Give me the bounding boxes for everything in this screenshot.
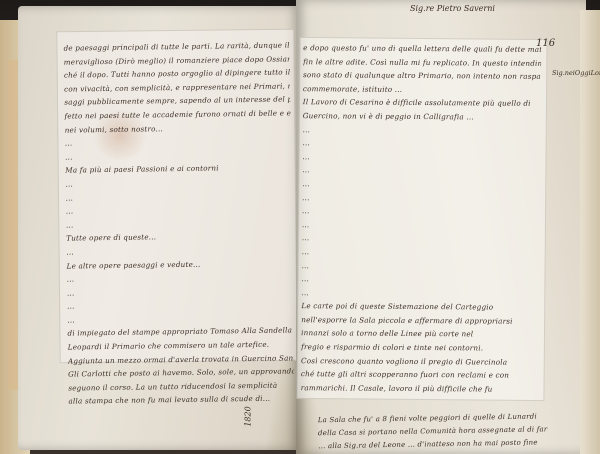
open-manuscript: Sig.re Pietro Saverni 116 de paesaggi pr… bbox=[0, 0, 600, 454]
right-page-text: e dopo questo fu' uno di quella lettera … bbox=[301, 41, 541, 396]
manuscript-line: Sig. bbox=[552, 69, 565, 77]
bottom-fragment-text: La Sala che fu' a 8 fieni volte peggiori… bbox=[318, 410, 579, 454]
header-note: Sig.re Pietro Saverni bbox=[410, 4, 495, 13]
manuscript-line: e dopo questo fu' uno di quella lettera … bbox=[303, 41, 541, 56]
manuscript-line: Guercino, non vi è di peggio in Calligra… bbox=[303, 109, 541, 124]
manuscript-line: Loro bbox=[591, 69, 600, 77]
left-page-text: de paesaggi principali di tutte le parti… bbox=[63, 38, 294, 408]
margin-number: 1820 bbox=[244, 406, 253, 426]
right-margin-notes: Sig.neiOggiLoro... bbox=[552, 68, 582, 79]
manuscript-line: nei bbox=[565, 69, 575, 77]
manuscript-line: ché tutte gli altri scopperanno fuori co… bbox=[301, 367, 539, 382]
manuscript-line: rammarichi. Il Casale, lavoro il più dif… bbox=[301, 381, 539, 396]
manuscript-line: fregio e risparmio di colori e tinte nei… bbox=[301, 340, 539, 355]
manuscript-line: Oggi bbox=[575, 69, 591, 77]
manuscript-line: sono stato di qualunque altro Primario, … bbox=[303, 68, 541, 83]
